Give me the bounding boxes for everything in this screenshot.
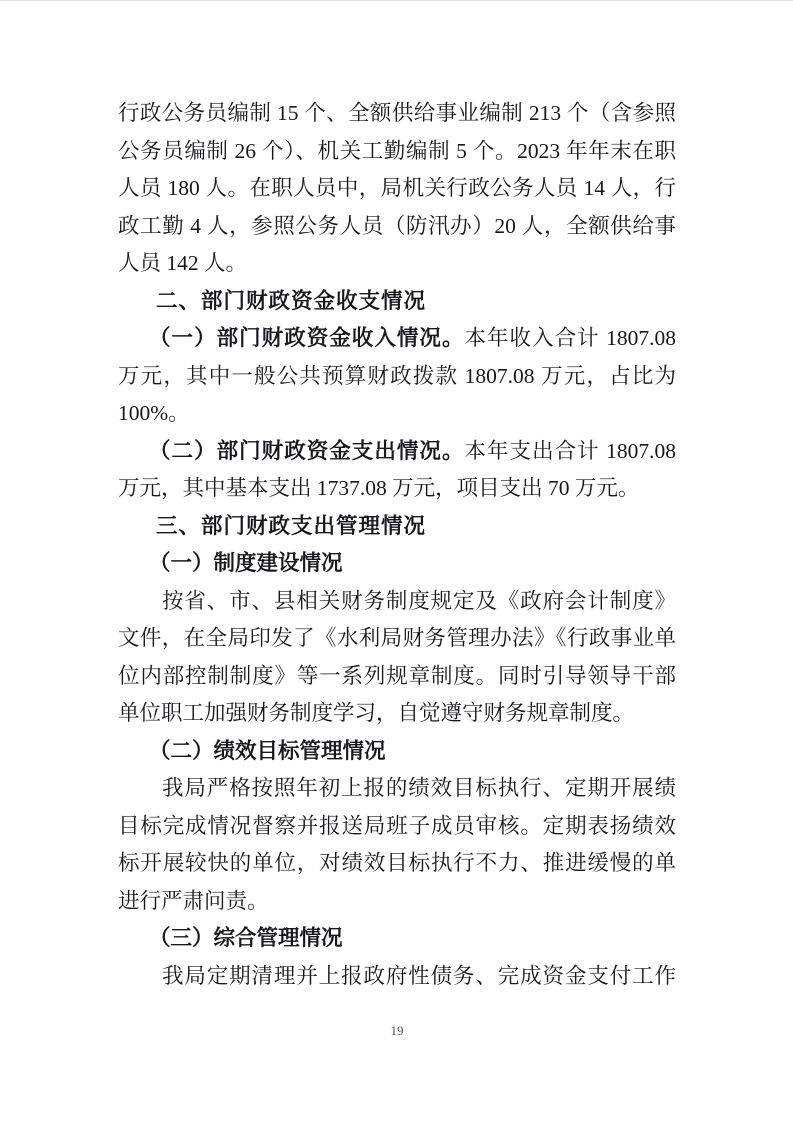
text-segment: 进行严肃问责。 xyxy=(118,889,269,913)
text-segment: 万元，其中基本支出 1737.08 万元，项目支出 70 万元。 xyxy=(118,476,639,500)
text-segment: 人员 142 人。 xyxy=(118,251,247,275)
text-segment: 我局严格按照年初上报的绩效目标执行、定期开展绩效 xyxy=(118,776,676,808)
text-line: 进行严肃问责。 xyxy=(118,883,676,921)
text-segment: 标开展较快的单位，对绩效目标执行不力、推进缓慢的单位 xyxy=(118,851,676,883)
text-line: 我局严格按照年初上报的绩效目标执行、定期开展绩效 xyxy=(118,770,676,808)
text-segment-bold: （一）制度建设情况 xyxy=(149,551,343,575)
text-line: 我局定期清理并上报政府性债务、完成资金支付工作任 xyxy=(118,958,676,996)
document-body: 行政公务员编制 15 个、全额供给事业编制 213 个（含参照公务员编制 26 … xyxy=(118,95,676,995)
heading-line: 二、部门财政资金收支情况 xyxy=(118,283,676,321)
text-segment: 公务员编制 26 个）、机关工勤编制 5 个。2023 年年末在职 xyxy=(118,139,676,163)
text-segment: 万元，其中一般公共预算财政拨款 1807.08 万元，占比为 xyxy=(118,364,676,388)
text-segment: 文件，在全局印发了《水利局财务管理办法》《行政事业单 xyxy=(118,626,676,650)
text-line: 万元，其中一般公共预算财政拨款 1807.08 万元，占比为 xyxy=(118,358,676,396)
text-segment-bold: （二）绩效目标管理情况 xyxy=(149,739,386,763)
text-line: 位内部控制制度》等一系列规章制度。同时引导领导干部及 xyxy=(118,658,676,696)
text-segment: 位内部控制制度》等一系列规章制度。同时引导领导干部及 xyxy=(118,664,676,696)
text-line: 单位职工加强财务制度学习，自觉遵守财务规章制度。 xyxy=(118,695,676,733)
text-line: 万元，其中基本支出 1737.08 万元，项目支出 70 万元。 xyxy=(118,470,676,508)
text-line: 政工勤 4 人，参照公务人员（防汛办）20 人，全额供给事业 xyxy=(118,208,676,246)
text-line: 标开展较快的单位，对绩效目标执行不力、推进缓慢的单位 xyxy=(118,845,676,883)
text-segment: 行政公务员编制 15 个、全额供给事业编制 213 个（含参照 xyxy=(118,101,676,125)
text-segment-bold: 三、部门财政支出管理情况 xyxy=(156,514,426,538)
text-line: 公务员编制 26 个）、机关工勤编制 5 个。2023 年年末在职 xyxy=(118,133,676,171)
text-segment-bold: （二）部门财政资金支出情况。 xyxy=(149,439,464,463)
text-line: 目标完成情况督察并报送局班子成员审核。定期表扬绩效目 xyxy=(118,808,676,846)
text-line: 行政公务员编制 15 个、全额供给事业编制 213 个（含参照 xyxy=(118,95,676,133)
text-segment-bold: （三）综合管理情况 xyxy=(149,926,343,950)
text-segment: 我局定期清理并上报政府性债务、完成资金支付工作任 xyxy=(118,964,676,996)
text-segment: 政工勤 4 人，参照公务人员（防汛办）20 人，全额供给事业 xyxy=(118,214,676,246)
page-number: 19 xyxy=(118,1023,676,1039)
text-segment: 本年支出合计 1807.08 xyxy=(464,439,676,463)
text-line: 人员 180 人。在职人员中，局机关行政公务人员 14 人，行 xyxy=(118,170,676,208)
text-segment-bold: 二、部门财政资金收支情况 xyxy=(156,289,426,313)
text-segment: 本年收入合计 1807.08 xyxy=(464,326,676,350)
text-segment: 100%。 xyxy=(118,401,190,425)
text-line: 文件，在全局印发了《水利局财务管理办法》《行政事业单 xyxy=(118,620,676,658)
heading-line: （二）绩效目标管理情况 xyxy=(118,733,676,771)
text-segment: 单位职工加强财务制度学习，自觉遵守财务规章制度。 xyxy=(118,701,634,725)
heading-line: （三）综合管理情况 xyxy=(118,920,676,958)
text-line: 100%。 xyxy=(118,395,676,433)
text-segment: 目标完成情况督察并报送局班子成员审核。定期表扬绩效目 xyxy=(118,814,676,846)
text-line: （二）部门财政资金支出情况。本年支出合计 1807.08 xyxy=(118,433,676,471)
text-segment: 人员 180 人。在职人员中，局机关行政公务人员 14 人，行 xyxy=(118,176,676,200)
document-page: 行政公务员编制 15 个、全额供给事业编制 213 个（含参照公务员编制 26 … xyxy=(0,0,793,1122)
text-line: 按省、市、县相关财务制度规定及《政府会计制度》等 xyxy=(118,583,676,621)
heading-line: （一）制度建设情况 xyxy=(118,545,676,583)
heading-line: 三、部门财政支出管理情况 xyxy=(118,508,676,546)
text-segment: 按省、市、县相关财务制度规定及《政府会计制度》等 xyxy=(118,589,676,621)
text-segment-bold: （一）部门财政资金收入情况。 xyxy=(149,326,464,350)
text-line: 人员 142 人。 xyxy=(118,245,676,283)
text-line: （一）部门财政资金收入情况。本年收入合计 1807.08 xyxy=(118,320,676,358)
